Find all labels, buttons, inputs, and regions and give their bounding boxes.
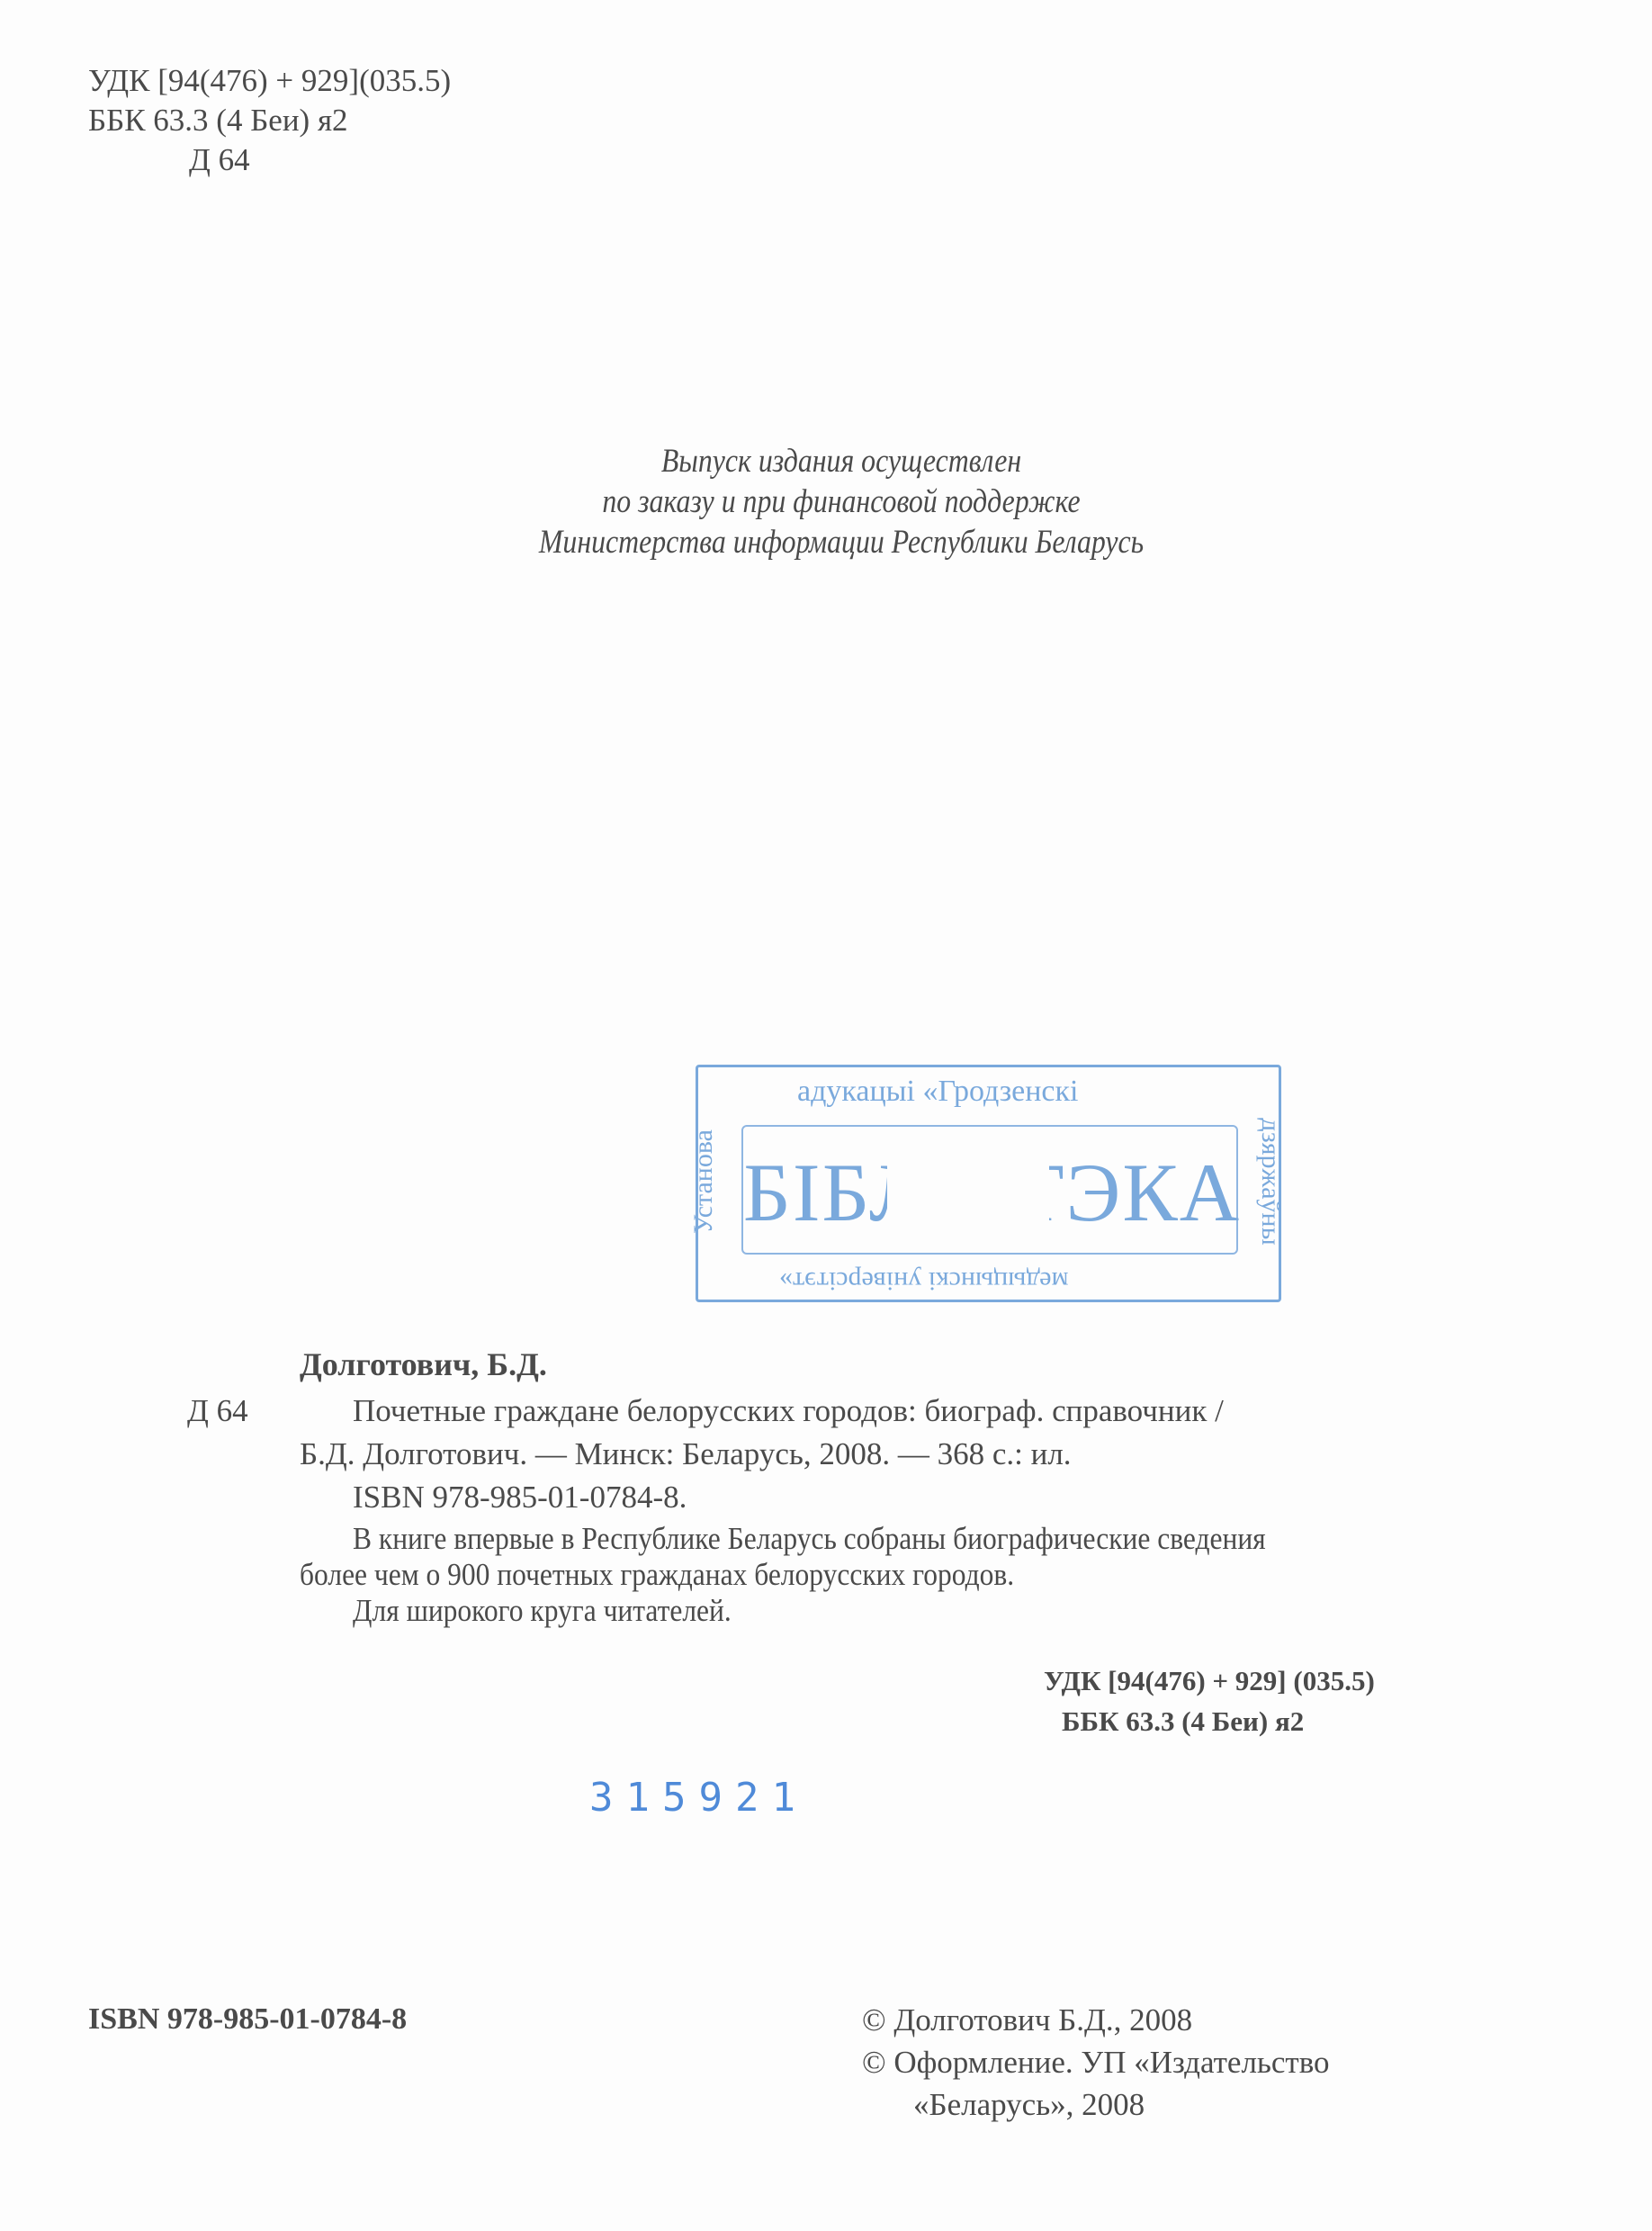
notice-line: Министерства информации Республики Белар… <box>118 522 1565 562</box>
record-audience-line: Для широкого круга читателей. <box>353 1593 732 1629</box>
record-author-mark: Д 64 <box>187 1393 248 1429</box>
udk-code: УДК [94(476) + 929](035.5) <box>88 61 451 101</box>
record-annotation-line: В книге впервые в Республике Беларусь со… <box>353 1521 1266 1557</box>
stamp-left-text: Установа <box>688 1129 719 1234</box>
record-imprint-line: Б.Д. Долготович. — Минск: Беларусь, 2008… <box>300 1436 1072 1472</box>
stamp-top-text: адукацыі «Гродзенскі <box>797 1075 1079 1109</box>
publication-notice: Выпуск издания осуществлен по заказу и п… <box>118 441 1565 562</box>
stamp-bottom-text: медыцынскі універсітэт» <box>779 1265 1069 1296</box>
isbn-footer: ISBN 978-985-01-0784-8 <box>88 2002 407 2037</box>
record-isbn-line: ISBN 978-985-01-0784-8. <box>353 1480 687 1516</box>
classification-block-top: УДК [94(476) + 929](035.5) ББК 63.3 (4 Б… <box>88 61 451 180</box>
library-stamp: адукацыі «Гродзенскі Установа дзяржаўны … <box>696 1065 1281 1302</box>
record-bbk: ББК 63.3 (4 Беи) я2 <box>1062 1705 1304 1738</box>
record-udk: УДК [94(476) + 929] (035.5) <box>1044 1665 1375 1697</box>
record-title-line: Почетные граждане белорусских городов: б… <box>353 1393 1224 1429</box>
record-annotation-line: более чем о 900 почетных гражданах белор… <box>300 1557 1014 1593</box>
stamp-right-text: дзяржаўны <box>1255 1118 1286 1246</box>
bbk-code: ББК 63.3 (4 Беи) я2 <box>88 101 451 140</box>
stamp-inner-frame: БІБЛІЯТЭКА <box>741 1125 1238 1255</box>
author-mark: Д 64 <box>88 140 451 180</box>
stamp-faded-area <box>887 1134 1049 1251</box>
copyright-design: © Оформление. УП «Издательство <box>862 2045 1330 2081</box>
inventory-number-stamp: 315921 <box>589 1775 808 1821</box>
notice-line: по заказу и при финансовой поддержке <box>118 481 1565 522</box>
notice-line: Выпуск издания осуществлен <box>118 441 1565 481</box>
copyright-design-cont: «Беларусь», 2008 <box>913 2087 1145 2123</box>
author-heading: Долготович, Б.Д. <box>300 1345 547 1383</box>
copyright-author: © Долготович Б.Д., 2008 <box>862 2002 1192 2038</box>
